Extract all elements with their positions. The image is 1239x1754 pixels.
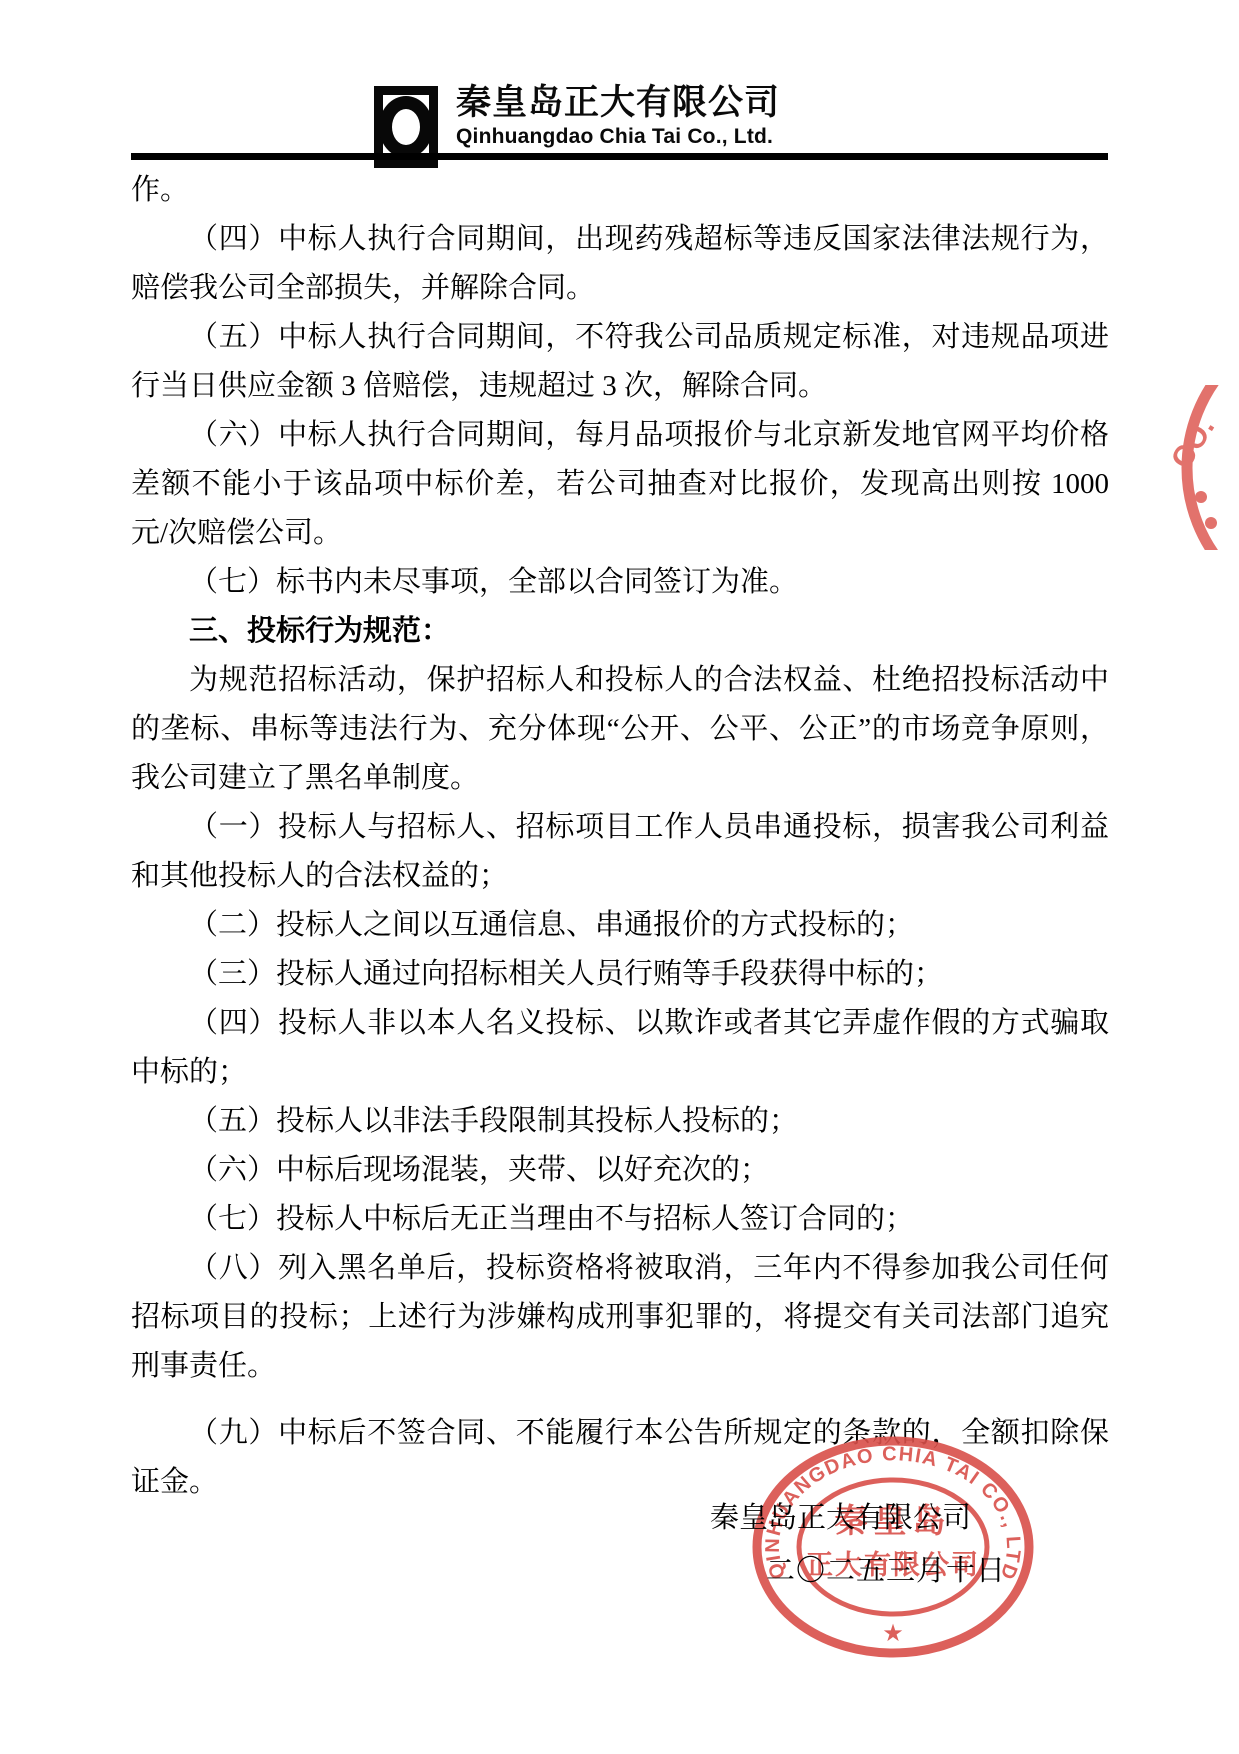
paragraph: （六）中标人执行合同期间，每月品项报价与北京新发地官网平均价格差额不能小于该品项… [131, 411, 1109, 558]
edge-seal-text: CO. [1169, 412, 1221, 475]
paragraph: 三、投标行为规范： [131, 607, 1109, 656]
document-page: 秦皇岛正大有限公司 Qinhuangdao Chia Tai Co., Ltd.… [0, 0, 1239, 1754]
letterhead: 秦皇岛正大有限公司 Qinhuangdao Chia Tai Co., Ltd. [456, 82, 780, 150]
paragraph: （三）投标人通过向招标相关人员行贿等手段获得中标的； [131, 950, 1109, 999]
signature-block: 秦皇岛正大有限公司 二〇二五三月十日 [131, 1492, 1109, 1598]
company-name-english: Qinhuangdao Chia Tai Co., Ltd. [456, 124, 780, 150]
edge-seal-stamp: CO. [1169, 385, 1239, 550]
seal-star-icon: ★ [882, 1621, 904, 1647]
header-divider [131, 153, 1108, 160]
document-body: 作。（四）中标人执行合同期间，出现药残超标等违反国家法律法规行为，赔偿我公司全部… [131, 166, 1109, 1507]
paragraph: （七）标书内未尽事项，全部以合同签订为准。 [131, 558, 1109, 607]
paragraph: （五）中标人执行合同期间，不符我公司品质规定标准，对违规品项进行当日供应金额 3… [131, 313, 1109, 411]
signature-date: 二〇二五三月十日 [131, 1545, 1109, 1598]
signature-company: 秦皇岛正大有限公司 [131, 1492, 1109, 1545]
paragraph: （二）投标人之间以互通信息、串通报价的方式投标的； [131, 901, 1109, 950]
paragraph: 作。 [131, 166, 1109, 215]
paragraph: （一）投标人与招标人、招标项目工作人员串通投标，损害我公司利益和其他投标人的合法… [131, 803, 1109, 901]
paragraph: （四）投标人非以本人名义投标、以欺诈或者其它弄虚作假的方式骗取中标的； [131, 999, 1109, 1097]
paragraph: 为规范招标活动，保护招标人和投标人的合法权益、杜绝招投标活动中的垄标、串标等违法… [131, 656, 1109, 803]
paragraph: （四）中标人执行合同期间，出现药残超标等违反国家法律法规行为，赔偿我公司全部损失… [131, 215, 1109, 313]
logo-ring-icon [379, 96, 433, 158]
paragraph: （八）列入黑名单后，投标资格将被取消，三年内不得参加我公司任何招标项目的投标；上… [131, 1244, 1109, 1391]
paragraph: （七）投标人中标后无正当理由不与招标人签订合同的； [131, 1195, 1109, 1244]
paragraph: （六）中标后现场混装，夹带、以好充次的； [131, 1146, 1109, 1195]
paragraph: （五）投标人以非法手段限制其投标人投标的； [131, 1097, 1109, 1146]
company-name-chinese: 秦皇岛正大有限公司 [456, 82, 780, 124]
